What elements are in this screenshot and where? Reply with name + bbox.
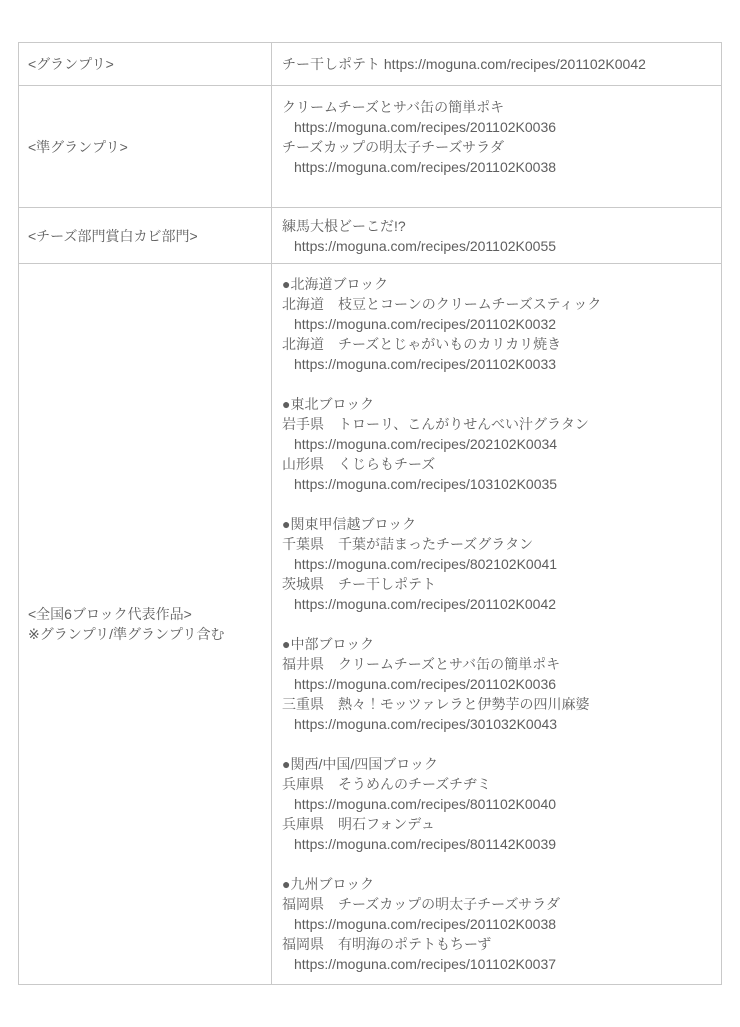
recipe-title-line: チーズカップの明太子チーズサラダ bbox=[282, 137, 713, 157]
recipe-url-line: https://moguna.com/recipes/201102K0036 bbox=[282, 117, 713, 137]
recipe-url-line: https://moguna.com/recipes/201102K0038 bbox=[282, 157, 713, 177]
recipe-url-line: https://moguna.com/recipes/201102K0036 bbox=[282, 674, 713, 694]
block-header: ●北海道ブロック bbox=[282, 274, 713, 294]
recipe-url-line: https://moguna.com/recipes/201102K0042 bbox=[282, 594, 713, 614]
recipe-url-line: https://moguna.com/recipes/202102K0034 bbox=[282, 434, 713, 454]
recipe-title-line: クリームチーズとサバ缶の簡単ポキ bbox=[282, 97, 713, 117]
recipe-title-line: 福井県 クリームチーズとサバ缶の簡単ポキ bbox=[282, 654, 713, 674]
blank-line bbox=[282, 177, 713, 197]
recipe-title-line: 茨城県 チー干しポテト bbox=[282, 574, 713, 594]
block-header: ●関東甲信越ブロック bbox=[282, 514, 713, 534]
recipe-title-line: 福岡県 チーズカップの明太子チーズサラダ bbox=[282, 894, 713, 914]
award-label-cell: <全国6ブロック代表作品>※グランプリ/準グランプリ含む bbox=[19, 264, 272, 985]
recipe-url-line: https://moguna.com/recipes/103102K0035 bbox=[282, 474, 713, 494]
recipe-title-line: 福岡県 有明海のポテトもちーず bbox=[282, 934, 713, 954]
award-content-cell: クリームチーズとサバ缶の簡単ポキhttps://moguna.com/recip… bbox=[272, 86, 722, 208]
recipe-title-line: 兵庫県 そうめんのチーズチヂミ bbox=[282, 774, 713, 794]
contest-results-table: <グランプリ>チー干しポテト https://moguna.com/recipe… bbox=[18, 42, 722, 985]
recipe-url-line: https://moguna.com/recipes/101102K0037 bbox=[282, 954, 713, 974]
contest-results-page: <グランプリ>チー干しポテト https://moguna.com/recipe… bbox=[0, 0, 740, 1027]
blank-line bbox=[282, 734, 713, 754]
block-header: ●中部ブロック bbox=[282, 634, 713, 654]
table-row-national-6-block-representatives: <全国6ブロック代表作品>※グランプリ/準グランプリ含む●北海道ブロック北海道 … bbox=[19, 264, 722, 985]
recipe-title-line: 三重県 熱々！モッツァレラと伊勢芋の四川麻婆 bbox=[282, 694, 713, 714]
blank-line bbox=[282, 614, 713, 634]
blank-line bbox=[282, 374, 713, 394]
recipe-url-line: https://moguna.com/recipes/801102K0040 bbox=[282, 794, 713, 814]
recipe-title-line: 北海道 チーズとじゃがいものカリカリ焼き bbox=[282, 334, 713, 354]
recipe-title-line: 練馬大根どーこだ!? bbox=[282, 216, 713, 236]
recipe-url-line: https://moguna.com/recipes/201102K0032 bbox=[282, 314, 713, 334]
award-label-note: ※グランプリ/準グランプリ含む bbox=[28, 624, 265, 644]
award-content-cell: 練馬大根どーこだ!?https://moguna.com/recipes/201… bbox=[272, 208, 722, 264]
award-label-cell: <チーズ部門賞白カビ部門> bbox=[19, 208, 272, 264]
award-label: <準グランプリ> bbox=[28, 137, 265, 157]
award-label: <グランプリ> bbox=[28, 54, 265, 74]
blank-line bbox=[282, 494, 713, 514]
table-row-cheese-category-white-mold-award: <チーズ部門賞白カビ部門>練馬大根どーこだ!?https://moguna.co… bbox=[19, 208, 722, 264]
award-content-cell: ●北海道ブロック北海道 枝豆とコーンのクリームチーズスティックhttps://m… bbox=[272, 264, 722, 985]
recipe-title-line: 山形県 くじらもチーズ bbox=[282, 454, 713, 474]
recipe-url-line: https://moguna.com/recipes/201102K0038 bbox=[282, 914, 713, 934]
recipe-url-line: https://moguna.com/recipes/802102K0041 bbox=[282, 554, 713, 574]
block-header: ●九州ブロック bbox=[282, 874, 713, 894]
award-label-cell: <グランプリ> bbox=[19, 43, 272, 86]
results-table-body: <グランプリ>チー干しポテト https://moguna.com/recipe… bbox=[19, 43, 722, 985]
recipe-url-line: https://moguna.com/recipes/301032K0043 bbox=[282, 714, 713, 734]
award-label: <全国6ブロック代表作品> bbox=[28, 604, 265, 624]
block-header: ●関西/中国/四国ブロック bbox=[282, 754, 713, 774]
award-content-cell: チー干しポテト https://moguna.com/recipes/20110… bbox=[272, 43, 722, 86]
recipe-title-line: チー干しポテト https://moguna.com/recipes/20110… bbox=[282, 54, 713, 74]
recipe-title-line: 岩手県 トローリ、こんがりせんべい汁グラタン bbox=[282, 414, 713, 434]
award-label: <チーズ部門賞白カビ部門> bbox=[28, 226, 265, 246]
recipe-title-line: 兵庫県 明石フォンデュ bbox=[282, 814, 713, 834]
blank-line bbox=[282, 854, 713, 874]
recipe-url-line: https://moguna.com/recipes/201102K0033 bbox=[282, 354, 713, 374]
block-header: ●東北ブロック bbox=[282, 394, 713, 414]
recipe-title-line: 北海道 枝豆とコーンのクリームチーズスティック bbox=[282, 294, 713, 314]
recipe-url-line: https://moguna.com/recipes/201102K0055 bbox=[282, 236, 713, 256]
recipe-title-line: 千葉県 千葉が詰まったチーズグラタン bbox=[282, 534, 713, 554]
recipe-url-line: https://moguna.com/recipes/801142K0039 bbox=[282, 834, 713, 854]
table-row-grand-prix: <グランプリ>チー干しポテト https://moguna.com/recipe… bbox=[19, 43, 722, 86]
award-label-cell: <準グランプリ> bbox=[19, 86, 272, 208]
table-row-semi-grand-prix: <準グランプリ>クリームチーズとサバ缶の簡単ポキhttps://moguna.c… bbox=[19, 86, 722, 208]
